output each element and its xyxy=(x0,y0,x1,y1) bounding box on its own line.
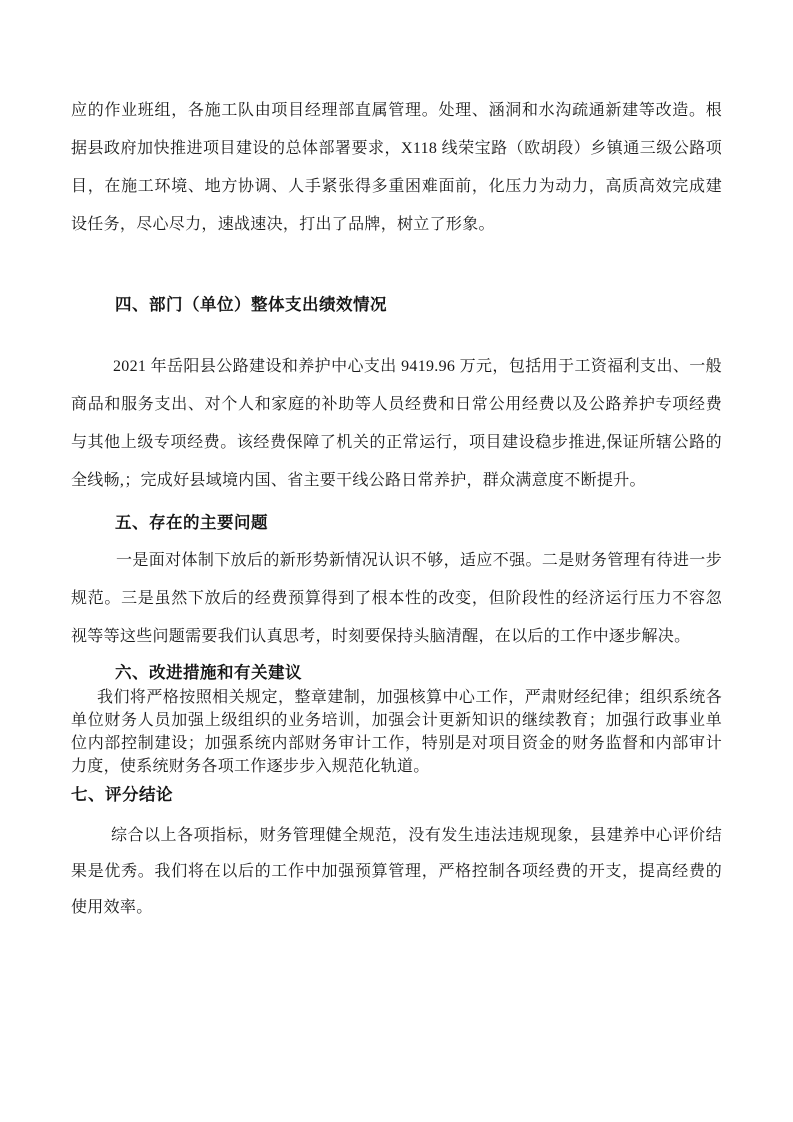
section-6-body-paragraph: 我们将严格按照相关规定，整章建制，加强核算中心工作，严肃财经纪律；组织系统各单位… xyxy=(71,686,722,778)
intro-continuation-paragraph: 应的作业班组，各施工队由项目经理部直属管理。处理、涵洞和水沟疏通新建等改造。根据… xyxy=(71,92,722,244)
section-heading-4-overall-expenditure-performance: 四、部门（单位）整体支出绩效情况 xyxy=(71,294,722,316)
section-5-body-paragraph: 一是面对体制下放后的新形势新情况认识不够，适应不强。二是财务管理有待进一步规范。… xyxy=(71,542,722,656)
section-7-body-paragraph: 综合以上各项指标，财务管理健全规范，没有发生违法违规现象，县建养中心评价结果是优… xyxy=(71,818,722,926)
section-heading-5-main-problems: 五、存在的主要问题 xyxy=(71,512,722,534)
document-page: 应的作业班组，各施工队由项目经理部直属管理。处理、涵洞和水沟疏通新建等改造。根据… xyxy=(0,0,793,1122)
section-4-body-paragraph: 2021 年岳阳县公路建设和养护中心支出 9419.96 万元，包括用于工资福利… xyxy=(71,348,722,500)
section-heading-7-scoring-conclusion: 七、评分结论 xyxy=(71,784,722,806)
section-heading-6-improvement-measures: 六、改进措施和有关建议 xyxy=(71,662,722,684)
